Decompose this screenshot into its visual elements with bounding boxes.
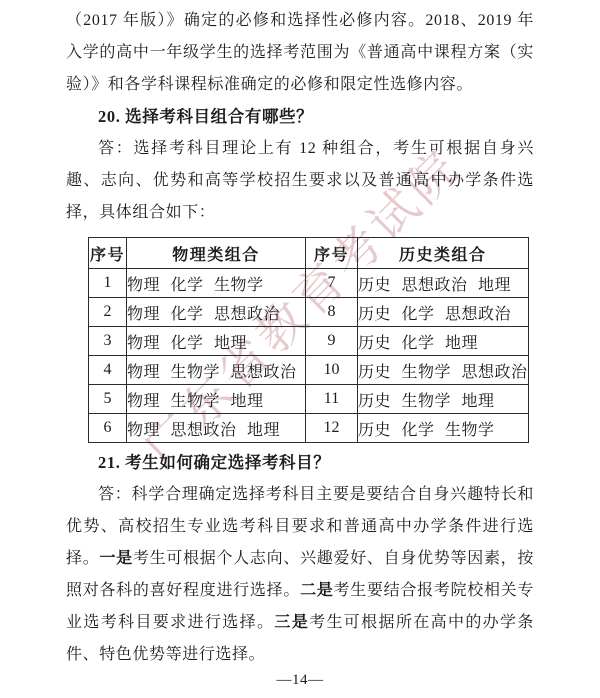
history-combo-cell: 历史 生物学 地理 (358, 385, 529, 414)
serial-cell: 10 (306, 356, 358, 385)
table-row: 4 物理 生物学 思想政治 10 历史 生物学 思想政治 (89, 356, 529, 385)
intro-paragraph: （2017 年版）》确定的必修和选择性必修内容。2018、2019 年入学的高中… (66, 5, 534, 101)
serial-cell: 8 (306, 298, 358, 327)
serial-cell: 1 (89, 269, 127, 298)
question-20-answer: 答：选择考科目理论上有 12 种组合，考生可根据自身兴趣、志向、优势和高等学校招… (66, 133, 534, 229)
table-row: 5 物理 生物学 地理 11 历史 生物学 地理 (89, 385, 529, 414)
history-combo-cell: 历史 化学 思想政治 (358, 298, 529, 327)
physics-combo-cell: 物理 化学 地理 (127, 327, 306, 356)
serial-cell: 12 (306, 414, 358, 443)
table-row: 1 物理 化学 生物学 7 历史 思想政治 地理 (89, 269, 529, 298)
serial-cell: 11 (306, 385, 358, 414)
history-combo-cell: 历史 思想政治 地理 (358, 269, 529, 298)
column-header-serial-left: 序号 (89, 238, 127, 269)
table-row: 2 物理 化学 思想政治 8 历史 化学 思想政治 (89, 298, 529, 327)
subject-combination-table: 序号 物理类组合 序号 历史类组合 1 物理 化学 生物学 7 历史 思想政治 … (88, 237, 529, 443)
serial-cell: 9 (306, 327, 358, 356)
answer-segment-emphasis-second: 二是 (300, 582, 333, 599)
serial-cell: 2 (89, 298, 127, 327)
history-combo-cell: 历史 化学 地理 (358, 327, 529, 356)
physics-combo-cell: 物理 思想政治 地理 (127, 414, 306, 443)
document-page: 广东省教育考试院 （2017 年版）》确定的必修和选择性必修内容。2018、20… (0, 0, 600, 698)
page-number: —14— (0, 672, 600, 689)
column-header-history-group: 历史类组合 (358, 238, 529, 269)
answer-segment-emphasis-first: 一是 (99, 550, 132, 567)
physics-combo-cell: 物理 生物学 地理 (127, 385, 306, 414)
physics-combo-cell: 物理 化学 思想政治 (127, 298, 306, 327)
serial-cell: 3 (89, 327, 127, 356)
history-combo-cell: 历史 生物学 思想政治 (358, 356, 529, 385)
history-combo-cell: 历史 化学 生物学 (358, 414, 529, 443)
question-21-heading: 21. 考生如何确定选择考科目？ (66, 447, 534, 479)
serial-cell: 4 (89, 356, 127, 385)
column-header-serial-right: 序号 (306, 238, 358, 269)
serial-cell: 5 (89, 385, 127, 414)
answer-segment-emphasis-third: 三是 (274, 614, 309, 631)
table-header-row: 序号 物理类组合 序号 历史类组合 (89, 238, 529, 269)
physics-combo-cell: 物理 化学 生物学 (127, 269, 306, 298)
page-content: （2017 年版）》确定的必修和选择性必修内容。2018、2019 年入学的高中… (66, 5, 534, 671)
table-row: 3 物理 化学 地理 9 历史 化学 地理 (89, 327, 529, 356)
question-20-heading: 20. 选择考科目组合有哪些？ (66, 101, 534, 133)
serial-cell: 6 (89, 414, 127, 443)
serial-cell: 7 (306, 269, 358, 298)
physics-combo-cell: 物理 生物学 思想政治 (127, 356, 306, 385)
table-row: 6 物理 思想政治 地理 12 历史 化学 生物学 (89, 414, 529, 443)
column-header-physics-group: 物理类组合 (127, 238, 306, 269)
question-21-answer: 答：科学合理确定选择考科目主要是要结合自身兴趣特长和优势、高校招生专业选考科目要… (66, 479, 534, 671)
